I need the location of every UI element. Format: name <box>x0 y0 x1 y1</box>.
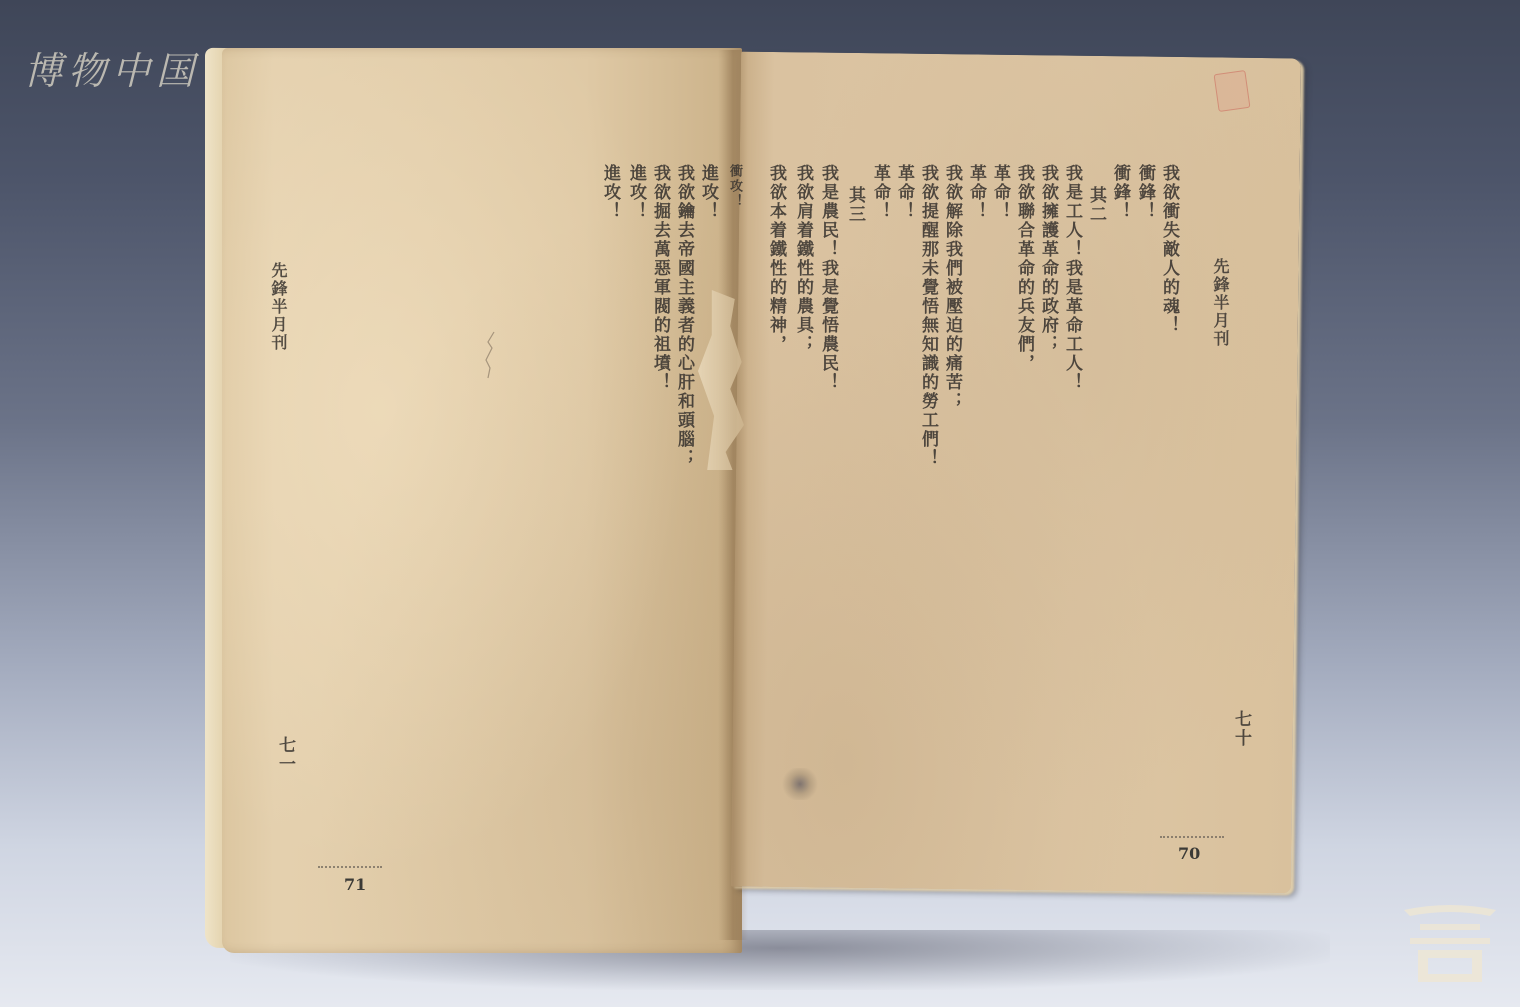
text-column: 革命！ <box>967 164 984 221</box>
text-column: 我欲聯合革命的兵友們， <box>1015 164 1032 373</box>
text-column: 我欲擁護革命的政府； <box>1039 164 1056 354</box>
chinese-page-number-left: 七一 <box>276 736 293 774</box>
section-heading: 其二 <box>1087 186 1104 224</box>
text-column: 我欲提醒那未覺悟無知識的勞工們！ <box>919 164 936 468</box>
text-column: 我欲鑰去帝國主義者的心肝和頭腦； <box>675 164 692 468</box>
text-column: 我欲衝失敵人的魂！ <box>1160 164 1177 335</box>
page-number-left: 71 <box>344 875 366 894</box>
text-column: 革命！ <box>991 164 1008 221</box>
text-column: 我欲肩着鐵性的農具； <box>794 164 811 354</box>
chinese-page-number-right: 七十 <box>1232 710 1249 748</box>
ink-stain <box>780 768 820 800</box>
text-column: 我欲掘去萬惡軍閥的祖墳！ <box>651 164 668 392</box>
page-number-ornament <box>318 866 382 872</box>
running-header-left: 先鋒半月刊 <box>270 262 286 352</box>
page-number-ornament <box>1160 836 1224 842</box>
text-column: 我欲解除我們被壓迫的痛苦； <box>943 164 960 411</box>
page-number-right: 70 <box>1178 844 1200 863</box>
section-heading: 其三 <box>846 186 863 224</box>
text-column: 我是工人！我是革命工人！ <box>1063 164 1080 392</box>
red-seal-stamp <box>1214 70 1251 112</box>
text-column: 衝攻！ <box>728 164 741 209</box>
text-column: 我是農民！我是覺悟農民！ <box>819 164 836 392</box>
text-column: 衝鋒！ <box>1136 164 1153 221</box>
museum-logo-icon <box>1398 898 1502 990</box>
text-column: 我欲本着鐵性的精神， <box>767 164 784 354</box>
text-column: 進攻！ <box>699 164 716 221</box>
paper-crease <box>480 330 500 380</box>
text-column: 衝鋒！ <box>1111 164 1128 221</box>
text-column: 革命！ <box>871 164 888 221</box>
text-column: 進攻！ <box>601 164 618 221</box>
watermark: 博物中国 <box>24 40 200 95</box>
text-column: 革命！ <box>895 164 912 221</box>
text-column: 進攻！ <box>627 164 644 221</box>
running-header-right: 先鋒半月刊 <box>1212 258 1228 348</box>
